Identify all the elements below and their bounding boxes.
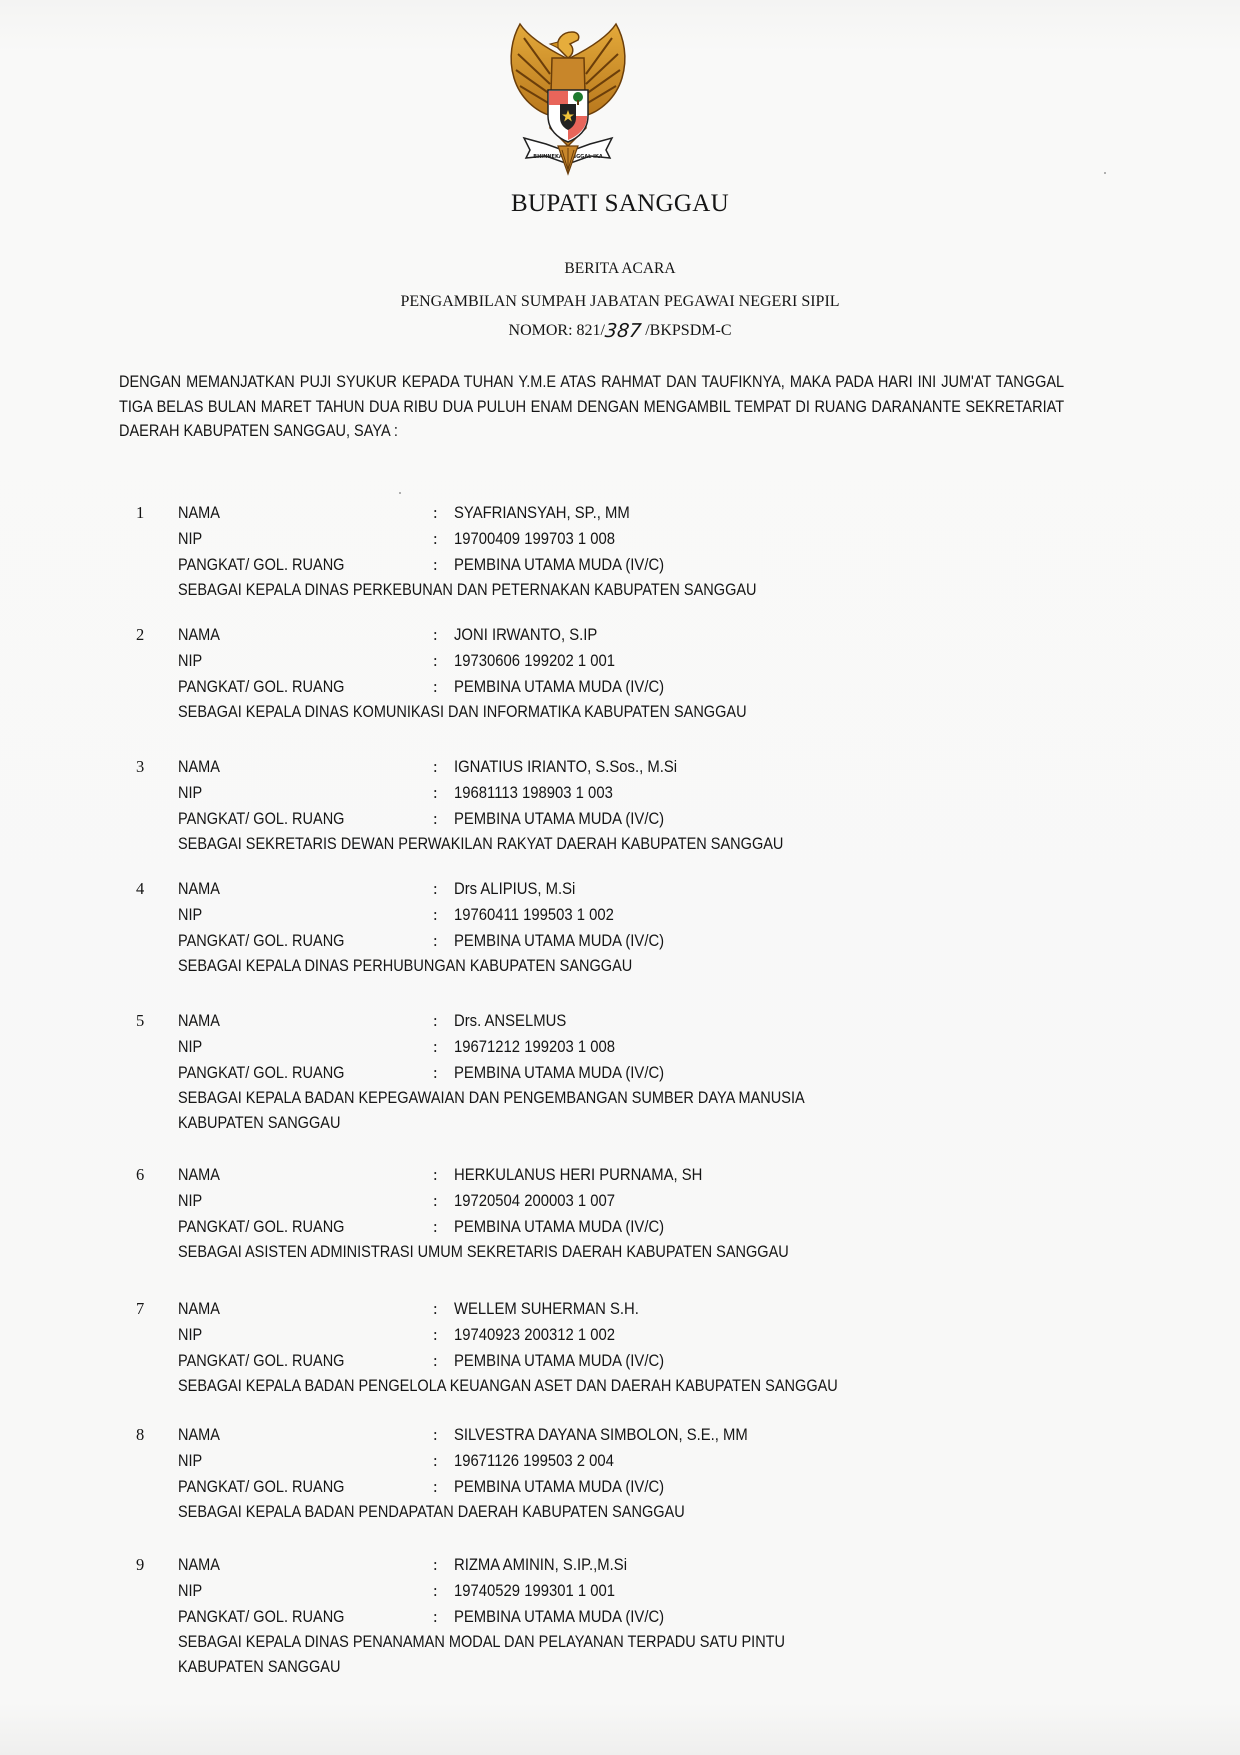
field-colon: :	[433, 1162, 438, 1188]
entry-nip-row: NIP:19730606 199202 1 001	[136, 648, 1116, 674]
entry-rank-row: PANGKAT/ GOL. RUANG:PEMBINA UTAMA MUDA (…	[136, 1474, 1116, 1500]
entry-position: SEBAGAI KEPALA DINAS KOMUNIKASI DAN INFO…	[178, 700, 1076, 725]
entry-position-line: SEBAGAI ASISTEN ADMINISTRASI UMUM SEKRET…	[178, 1240, 1076, 1265]
field-colon: :	[433, 1296, 438, 1322]
entry-rank-label: PANGKAT/ GOL. RUANG	[178, 1214, 344, 1240]
field-colon: :	[433, 648, 438, 674]
entry-position: SEBAGAI KEPALA BADAN KEPEGAWAIAN DAN PEN…	[178, 1086, 1076, 1135]
entry-rank-value: PEMBINA UTAMA MUDA (IV/C)	[454, 1060, 664, 1086]
entry-name-row: 7NAMA:WELLEM SUHERMAN S.H.	[136, 1296, 1116, 1322]
scan-speck	[399, 492, 401, 494]
entry-rank-label: PANGKAT/ GOL. RUANG	[178, 552, 344, 578]
entry-name-row: 5NAMA:Drs. ANSELMUS	[136, 1008, 1116, 1034]
entry-name-label: NAMA	[178, 1162, 220, 1188]
entry-number: 1	[136, 500, 144, 526]
entry-number: 5	[136, 1008, 144, 1034]
entry-position: SEBAGAI KEPALA DINAS PENANAMAN MODAL DAN…	[178, 1630, 1076, 1679]
document-type: BERITA ACARA	[0, 260, 1240, 278]
entry-position-line: SEBAGAI KEPALA DINAS PERHUBUNGAN KABUPAT…	[178, 954, 1076, 979]
entry-rank-value: PEMBINA UTAMA MUDA (IV/C)	[454, 806, 664, 832]
entry-position: SEBAGAI KEPALA BADAN PENGELOLA KEUANGAN …	[178, 1374, 1076, 1399]
oath-entry: 7NAMA:WELLEM SUHERMAN S.H.NIP:19740923 2…	[136, 1296, 1116, 1399]
field-colon: :	[433, 928, 438, 954]
entry-rank-value: PEMBINA UTAMA MUDA (IV/C)	[454, 1348, 664, 1374]
entry-name-row: 6NAMA:HERKULANUS HERI PURNAMA, SH	[136, 1162, 1116, 1188]
entry-name-label: NAMA	[178, 500, 220, 526]
entry-name-row: 1NAMA:SYAFRIANSYAH, SP., MM	[136, 500, 1116, 526]
entry-nip-label: NIP	[178, 648, 202, 674]
entry-position-line: KABUPATEN SANGGAU	[178, 1655, 1076, 1680]
garuda-emblem-icon: BHINNEKA TUNGGAL IKA	[506, 18, 630, 176]
entry-nip-row: NIP:19740923 200312 1 002	[136, 1322, 1116, 1348]
entry-rank-value: PEMBINA UTAMA MUDA (IV/C)	[454, 928, 664, 954]
entry-name-value: IGNATIUS IRIANTO, S.Sos., M.Si	[454, 754, 677, 780]
field-colon: :	[433, 1060, 438, 1086]
entry-nip-row: NIP:19700409 199703 1 008	[136, 526, 1116, 552]
entry-number: 9	[136, 1552, 144, 1578]
oath-entry: 9NAMA:RIZMA AMININ, S.IP.,M.SiNIP:197405…	[136, 1552, 1116, 1679]
field-colon: :	[433, 902, 438, 928]
entry-number: 2	[136, 622, 144, 648]
entry-number: 4	[136, 876, 144, 902]
field-colon: :	[433, 1552, 438, 1578]
entry-rank-label: PANGKAT/ GOL. RUANG	[178, 1348, 344, 1374]
field-colon: :	[433, 1034, 438, 1060]
entry-name-value: RIZMA AMININ, S.IP.,M.Si	[454, 1552, 627, 1578]
entry-nip-value: 19760411 199503 1 002	[454, 902, 614, 928]
oath-entry: 3NAMA:IGNATIUS IRIANTO, S.Sos., M.SiNIP:…	[136, 754, 1116, 857]
letterhead-title: BUPATI SANGGAU	[0, 190, 1240, 218]
field-colon: :	[433, 876, 438, 902]
entry-position-line: SEBAGAI KEPALA BADAN KEPEGAWAIAN DAN PEN…	[178, 1086, 1076, 1111]
entry-rank-value: PEMBINA UTAMA MUDA (IV/C)	[454, 1474, 664, 1500]
entry-position-line: SEBAGAI SEKRETARIS DEWAN PERWAKILAN RAKY…	[178, 832, 1076, 857]
entry-nip-label: NIP	[178, 1448, 202, 1474]
entry-rank-row: PANGKAT/ GOL. RUANG:PEMBINA UTAMA MUDA (…	[136, 1060, 1116, 1086]
entry-position: SEBAGAI KEPALA BADAN PENDAPATAN DAERAH K…	[178, 1500, 1076, 1525]
entry-name-label: NAMA	[178, 1008, 220, 1034]
entry-position: SEBAGAI SEKRETARIS DEWAN PERWAKILAN RAKY…	[178, 832, 1076, 857]
entry-name-label: NAMA	[178, 754, 220, 780]
entry-nip-value: 19740923 200312 1 002	[454, 1322, 615, 1348]
document-number-prefix: NOMOR: 821/	[509, 322, 605, 339]
entry-rank-row: PANGKAT/ GOL. RUANG:PEMBINA UTAMA MUDA (…	[136, 806, 1116, 832]
oath-entry: 4NAMA:Drs ALIPIUS, M.SiNIP:19760411 1995…	[136, 876, 1116, 979]
entry-number: 3	[136, 754, 144, 780]
oath-entry: 1NAMA:SYAFRIANSYAH, SP., MMNIP:19700409 …	[136, 500, 1116, 603]
entry-rank-label: PANGKAT/ GOL. RUANG	[178, 806, 344, 832]
entry-name-row: 9NAMA:RIZMA AMININ, S.IP.,M.Si	[136, 1552, 1116, 1578]
entry-rank-value: PEMBINA UTAMA MUDA (IV/C)	[454, 1604, 664, 1630]
entry-name-label: NAMA	[178, 876, 220, 902]
field-colon: :	[433, 1008, 438, 1034]
entry-name-label: NAMA	[178, 1552, 220, 1578]
entry-name-label: NAMA	[178, 1296, 220, 1322]
entry-name-label: NAMA	[178, 1422, 220, 1448]
entry-nip-row: NIP:19671126 199503 2 004	[136, 1448, 1116, 1474]
entry-position-line: SEBAGAI KEPALA DINAS PENANAMAN MODAL DAN…	[178, 1630, 1076, 1655]
field-colon: :	[433, 1422, 438, 1448]
entry-rank-label: PANGKAT/ GOL. RUANG	[178, 1060, 344, 1086]
entry-name-value: SYAFRIANSYAH, SP., MM	[454, 500, 630, 526]
entry-name-value: Drs ALIPIUS, M.Si	[454, 876, 575, 902]
field-colon: :	[433, 806, 438, 832]
oath-entry: 8NAMA:SILVESTRA DAYANA SIMBOLON, S.E., M…	[136, 1422, 1116, 1525]
entry-rank-row: PANGKAT/ GOL. RUANG:PEMBINA UTAMA MUDA (…	[136, 552, 1116, 578]
entry-nip-row: NIP:19760411 199503 1 002	[136, 902, 1116, 928]
entry-nip-row: NIP:19681113 198903 1 003	[136, 780, 1116, 806]
entry-name-value: Drs. ANSELMUS	[454, 1008, 566, 1034]
entry-rank-row: PANGKAT/ GOL. RUANG:PEMBINA UTAMA MUDA (…	[136, 1348, 1116, 1374]
entry-nip-value: 19740529 199301 1 001	[454, 1578, 615, 1604]
entry-nip-value: 19671212 199203 1 008	[454, 1034, 615, 1060]
entry-rank-row: PANGKAT/ GOL. RUANG:PEMBINA UTAMA MUDA (…	[136, 1214, 1116, 1240]
entry-rank-row: PANGKAT/ GOL. RUANG:PEMBINA UTAMA MUDA (…	[136, 928, 1116, 954]
document-number-suffix: /BKPSDM-C	[641, 322, 731, 339]
entry-nip-label: NIP	[178, 1034, 202, 1060]
entry-nip-label: NIP	[178, 526, 202, 552]
entry-name-row: 8NAMA:SILVESTRA DAYANA SIMBOLON, S.E., M…	[136, 1422, 1116, 1448]
document-number: NOMOR: 821/387 /BKPSDM-C	[0, 318, 1240, 340]
entry-nip-value: 19700409 199703 1 008	[454, 526, 615, 552]
intro-paragraph: DENGAN MEMANJATKAN PUJI SYUKUR KEPADA TU…	[119, 370, 1064, 444]
field-colon: :	[433, 674, 438, 700]
entry-nip-label: NIP	[178, 1322, 202, 1348]
field-colon: :	[433, 1348, 438, 1374]
field-colon: :	[433, 500, 438, 526]
entry-position-line: KABUPATEN SANGGAU	[178, 1111, 1076, 1136]
entry-nip-value: 19681113 198903 1 003	[454, 780, 613, 806]
entry-nip-value: 19730606 199202 1 001	[454, 648, 615, 674]
entry-position: SEBAGAI KEPALA DINAS PERHUBUNGAN KABUPAT…	[178, 954, 1076, 979]
entry-nip-label: NIP	[178, 902, 202, 928]
entry-position-line: SEBAGAI KEPALA BADAN PENGELOLA KEUANGAN …	[178, 1374, 1076, 1399]
entry-position: SEBAGAI KEPALA DINAS PERKEBUNAN DAN PETE…	[178, 578, 1076, 603]
entry-name-value: SILVESTRA DAYANA SIMBOLON, S.E., MM	[454, 1422, 748, 1448]
entry-number: 6	[136, 1162, 144, 1188]
entry-position: SEBAGAI ASISTEN ADMINISTRASI UMUM SEKRET…	[178, 1240, 1076, 1265]
entry-rank-value: PEMBINA UTAMA MUDA (IV/C)	[454, 1214, 664, 1240]
document-subject: PENGAMBILAN SUMPAH JABATAN PEGAWAI NEGER…	[0, 293, 1240, 311]
entry-name-value: WELLEM SUHERMAN S.H.	[454, 1296, 639, 1322]
entry-nip-label: NIP	[178, 1188, 202, 1214]
field-colon: :	[433, 1448, 438, 1474]
entry-rank-label: PANGKAT/ GOL. RUANG	[178, 928, 344, 954]
entry-nip-label: NIP	[178, 1578, 202, 1604]
field-colon: :	[433, 526, 438, 552]
entry-rank-value: PEMBINA UTAMA MUDA (IV/C)	[454, 552, 664, 578]
entry-position-line: SEBAGAI KEPALA DINAS KOMUNIKASI DAN INFO…	[178, 700, 1076, 725]
entry-name-row: 4NAMA:Drs ALIPIUS, M.Si	[136, 876, 1116, 902]
entry-rank-label: PANGKAT/ GOL. RUANG	[178, 674, 344, 700]
entry-name-value: HERKULANUS HERI PURNAMA, SH	[454, 1162, 702, 1188]
field-colon: :	[433, 1214, 438, 1240]
entry-rank-value: PEMBINA UTAMA MUDA (IV/C)	[454, 674, 664, 700]
entry-nip-row: NIP:19671212 199203 1 008	[136, 1034, 1116, 1060]
entry-position-line: SEBAGAI KEPALA DINAS PERKEBUNAN DAN PETE…	[178, 578, 1076, 603]
oath-entry: 2NAMA:JONI IRWANTO, S.IPNIP:19730606 199…	[136, 622, 1116, 725]
entry-name-row: 3NAMA:IGNATIUS IRIANTO, S.Sos., M.Si	[136, 754, 1116, 780]
entry-nip-row: NIP:19720504 200003 1 007	[136, 1188, 1116, 1214]
entry-name-row: 2NAMA:JONI IRWANTO, S.IP	[136, 622, 1116, 648]
entry-rank-label: PANGKAT/ GOL. RUANG	[178, 1604, 344, 1630]
field-colon: :	[433, 1604, 438, 1630]
entry-number: 7	[136, 1296, 144, 1322]
entry-nip-row: NIP:19740529 199301 1 001	[136, 1578, 1116, 1604]
entry-rank-row: PANGKAT/ GOL. RUANG:PEMBINA UTAMA MUDA (…	[136, 1604, 1116, 1630]
oath-entry: 5NAMA:Drs. ANSELMUSNIP:19671212 199203 1…	[136, 1008, 1116, 1135]
entry-name-value: JONI IRWANTO, S.IP	[454, 622, 597, 648]
entry-position-line: SEBAGAI KEPALA BADAN PENDAPATAN DAERAH K…	[178, 1500, 1076, 1525]
field-colon: :	[433, 622, 438, 648]
field-colon: :	[433, 1474, 438, 1500]
field-colon: :	[433, 1188, 438, 1214]
field-colon: :	[433, 754, 438, 780]
entry-name-label: NAMA	[178, 622, 220, 648]
entry-nip-label: NIP	[178, 780, 202, 806]
entry-number: 8	[136, 1422, 144, 1448]
entry-rank-label: PANGKAT/ GOL. RUANG	[178, 1474, 344, 1500]
field-colon: :	[433, 1578, 438, 1604]
document-page: BHINNEKA TUNGGAL IKA BUPATI SANGGAU BERI…	[0, 0, 1240, 1755]
oath-entry: 6NAMA:HERKULANUS HERI PURNAMA, SHNIP:197…	[136, 1162, 1116, 1265]
entry-nip-value: 19720504 200003 1 007	[454, 1188, 615, 1214]
field-colon: :	[433, 552, 438, 578]
document-number-handwritten: 387	[604, 320, 643, 342]
scan-speck	[1104, 172, 1106, 174]
field-colon: :	[433, 780, 438, 806]
field-colon: :	[433, 1322, 438, 1348]
entry-nip-value: 19671126 199503 2 004	[454, 1448, 614, 1474]
entry-rank-row: PANGKAT/ GOL. RUANG:PEMBINA UTAMA MUDA (…	[136, 674, 1116, 700]
